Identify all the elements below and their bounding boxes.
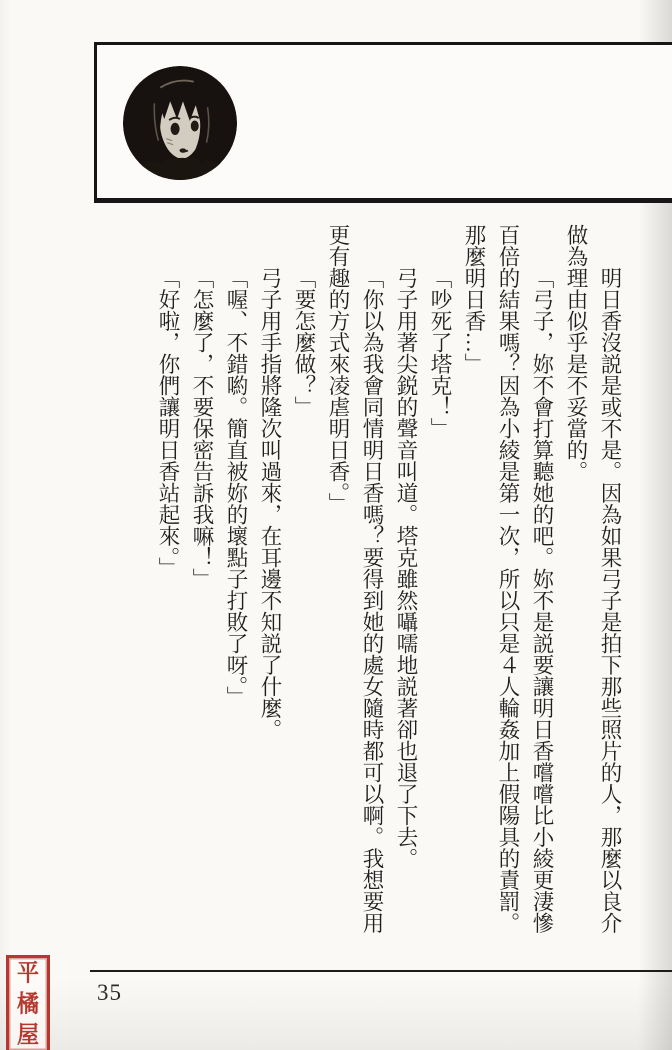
- paragraph: 弓子用手指將隆次叫過來，在耳邊不知説了什麼。: [253, 224, 287, 940]
- text-line: 「吵死了塔克！」: [423, 224, 457, 940]
- seal-character: 橘: [17, 992, 39, 1015]
- text-line: 弓子用著尖鋭的聲音叫道。塔克雖然囁嚅地説著卻也退了下去。: [389, 224, 423, 940]
- paragraph: 「好啦，你們讓明日香站起來。」: [151, 224, 185, 940]
- header-underline: [94, 201, 672, 203]
- paragraph: 「要怎麼做？」: [287, 224, 321, 940]
- portrait-image: [121, 64, 239, 182]
- paragraph: 「吵死了塔克！」: [423, 224, 457, 940]
- text-line: 那麼明日香…」: [457, 224, 491, 940]
- text-line: 百倍的結果嗎？因為小綾是第一次，所以只是４人輪姦加上假陽具的責罰。: [491, 224, 525, 940]
- text-line: 「好啦，你們讓明日香站起來。」: [151, 224, 185, 940]
- paragraph: 「你以為我會同情明日香嗎？要得到她的處女隨時都可以啊。我想要用 更有趣的方式來凌…: [321, 224, 389, 940]
- paragraph: 「弓子，妳不會打算聽她的吧。妳不是説要讓明日香嚐嚐比小綾更淒慘 百倍的結果嗎？因…: [457, 224, 559, 940]
- footer-rule: [90, 970, 672, 972]
- seal-character: 屋: [17, 1023, 39, 1046]
- paragraph: 「喔、不錯喲。簡直被妳的壞點子打敗了呀。」: [219, 224, 253, 940]
- seal-character: 平: [17, 962, 39, 985]
- page: 明日香沒説是或不是。因為如果弓子是拍下那些照片的人，那麼以良介 做為理由似乎是不…: [0, 0, 672, 1050]
- novel-text-block: 明日香沒説是或不是。因為如果弓子是拍下那些照片的人，那麼以良介 做為理由似乎是不…: [151, 224, 627, 940]
- paragraph: 明日香沒説是或不是。因為如果弓子是拍下那些照片的人，那麼以良介 做為理由似乎是不…: [559, 224, 627, 940]
- publisher-seal: 平 橘 屋: [6, 955, 50, 1050]
- text-line: 「怎麼了，不要保密告訴我嘛！」: [185, 224, 219, 940]
- text-line: 「喔、不錯喲。簡直被妳的壞點子打敗了呀。」: [219, 224, 253, 940]
- page-number: 35: [97, 980, 122, 1006]
- text-line: 「要怎麼做？」: [287, 224, 321, 940]
- paragraph: 「怎麼了，不要保密告訴我嘛！」: [185, 224, 219, 940]
- text-line: 更有趣的方式來凌虐明日香。」: [321, 224, 355, 940]
- header-box: [94, 42, 672, 201]
- text-line: 做為理由似乎是不妥當的。: [559, 224, 593, 940]
- text-line: 「弓子，妳不會打算聽她的吧。妳不是説要讓明日香嚐嚐比小綾更淒慘: [525, 224, 559, 940]
- text-line: 明日香沒説是或不是。因為如果弓子是拍下那些照片的人，那麼以良介: [593, 224, 627, 940]
- text-line: 弓子用手指將隆次叫過來，在耳邊不知説了什麼。: [253, 224, 287, 940]
- paragraph: 弓子用著尖鋭的聲音叫道。塔克雖然囁嚅地説著卻也退了下去。: [389, 224, 423, 940]
- text-line: 「你以為我會同情明日香嗎？要得到她的處女隨時都可以啊。我想要用: [355, 224, 389, 940]
